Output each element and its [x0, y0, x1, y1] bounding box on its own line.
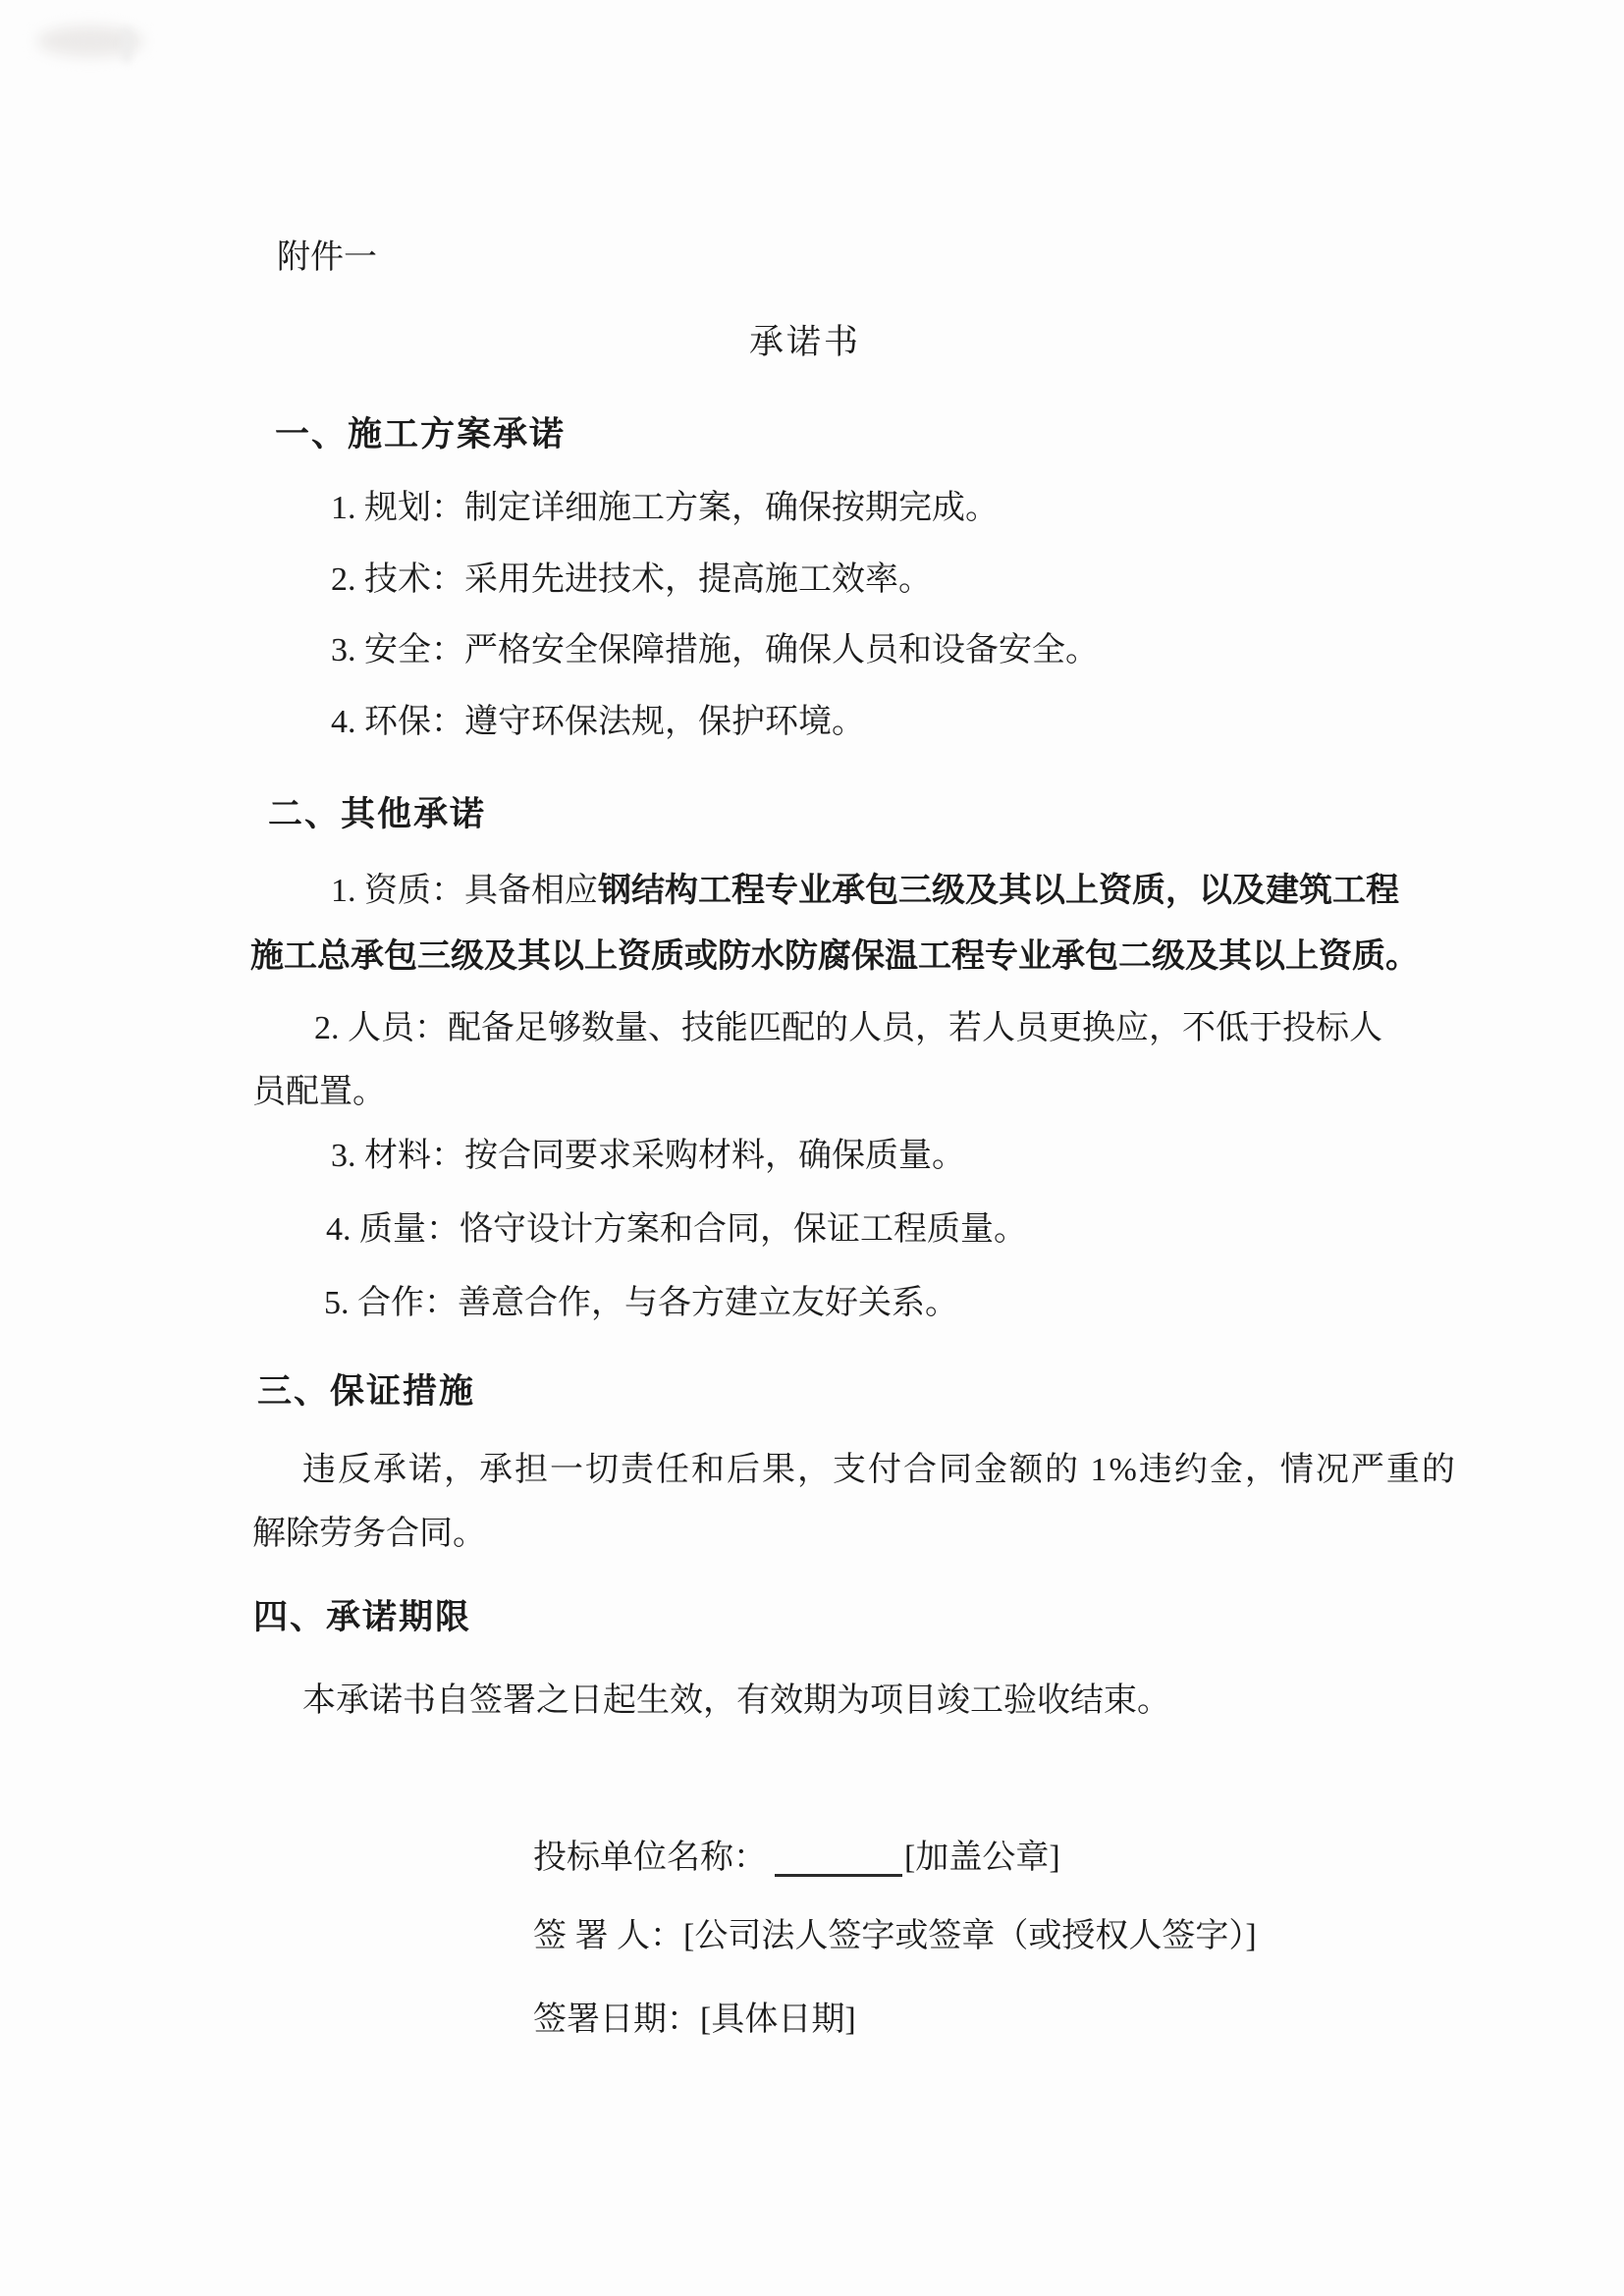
signature-unit-line: 投标单位名称：[加盖公章]	[533, 1839, 1060, 1877]
environment-item: 4. 环保：遵守环保法规，保护环境。	[331, 703, 865, 741]
signature-date-line: 签署日期：[具体日期]	[533, 2001, 856, 2039]
signer-label: 签 署 人：	[533, 1918, 683, 1954]
cooperation-item: 5. 合作：善意合作，与各方建立友好关系。	[324, 1284, 958, 1322]
plan-item: 1. 规划：制定详细施工方案，确保按期完成。	[331, 489, 999, 527]
section-2-heading: 二、其他承诺	[268, 795, 486, 834]
date-value: [具体日期]	[700, 2002, 856, 2038]
qualification-line-2: 施工总承包三级及其以上资质或防水防腐保温工程专业承包二级及其以上资质。	[250, 937, 1419, 976]
technology-item: 2. 技术：采用先进技术，提高施工效率。	[331, 561, 932, 599]
seal-note: [加盖公章]	[904, 1840, 1060, 1876]
section-3-heading: 三、保证措施	[257, 1372, 475, 1412]
qualification-line-1: 1. 资质：具备相应钢结构工程专业承包三级及其以上资质，以及建筑工程	[331, 872, 1399, 910]
penalty-line-2: 解除劳务合同。	[252, 1515, 486, 1553]
penalty-line-1: 违反承诺，承担一切责任和后果，支付合同金额的 1%违约金，情况严重的	[302, 1451, 1457, 1489]
quality-item: 4. 质量：恪守设计方案和合同，保证工程质量。	[326, 1210, 1027, 1249]
section-4-heading: 四、承诺期限	[253, 1598, 471, 1637]
personnel-line-1: 2. 人员：配备足够数量、技能匹配的人员，若人员更换应，不低于投标人	[314, 1009, 1382, 1047]
safety-item: 3. 安全：严格安全保障措施，确保人员和设备安全。	[331, 631, 1099, 669]
bidder-unit-blank	[775, 1841, 902, 1877]
signature-signer-line: 签 署 人：[公司法人签字或签章（或授权人签字）]	[533, 1917, 1257, 1955]
scan-line-artifact	[122, 27, 132, 63]
scanned-document-page: 附件一 承诺书 一、施工方案承诺 1. 规划：制定详细施工方案，确保按期完成。 …	[0, 0, 1624, 2296]
signer-value: [公司法人签字或签章（或授权人签字）]	[683, 1918, 1257, 1954]
section-1-heading: 一、施工方案承诺	[275, 415, 566, 454]
attachment-label: 附件一	[277, 239, 377, 277]
page-title: 承诺书	[749, 323, 861, 362]
personnel-line-2: 员配置。	[252, 1073, 386, 1111]
bidder-unit-label: 投标单位名称：	[533, 1840, 767, 1876]
validity-line: 本承诺书自签署之日起生效，有效期为项目竣工验收结束。	[302, 1682, 1170, 1720]
date-label: 签署日期：	[533, 2002, 700, 2038]
materials-item: 3. 材料：按合同要求采购材料，确保质量。	[331, 1137, 965, 1175]
